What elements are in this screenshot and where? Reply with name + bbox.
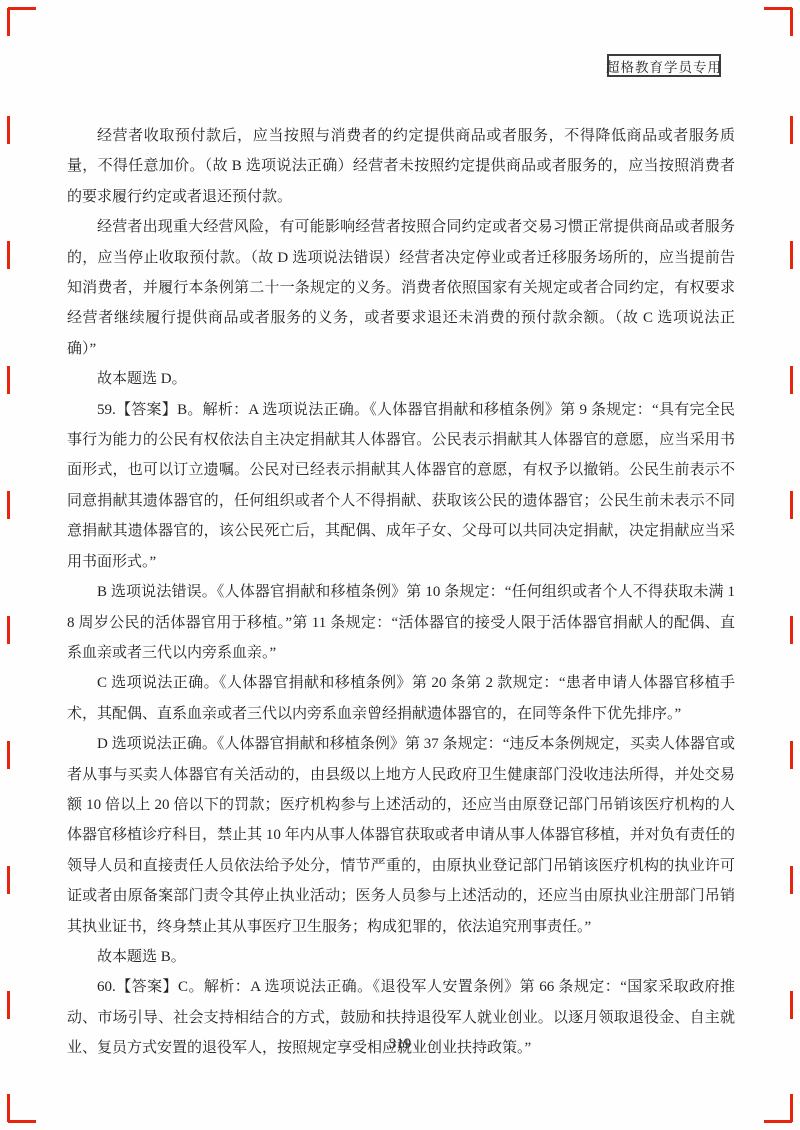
crop-mark <box>764 1120 792 1123</box>
student-badge-box: 超格教育学员专用 <box>607 54 721 77</box>
crop-mark <box>790 8 793 36</box>
crop-mark <box>790 1094 793 1122</box>
paragraph: D 选项说法正确。《人体器官捐献和移植条例》第 37 条规定：“违反本条例规定，… <box>67 729 735 942</box>
paragraph: C 选项说法正确。《人体器官捐献和移植条例》第 20 条第 2 款规定：“患者申… <box>67 668 735 729</box>
crop-mark <box>7 491 10 519</box>
crop-mark <box>790 366 793 394</box>
crop-mark <box>7 366 10 394</box>
crop-mark <box>7 1094 10 1122</box>
paragraph: 故本题选 D。 <box>67 364 735 394</box>
crop-mark <box>7 991 10 1019</box>
paragraph: B 选项说法错误。《人体器官捐献和移植条例》第 10 条规定：“任何组织或者个人… <box>67 577 735 668</box>
crop-mark <box>7 866 10 894</box>
paragraph: 故本题选 B。 <box>67 942 735 972</box>
page-number: 319 <box>0 1036 800 1053</box>
crop-mark <box>764 7 792 10</box>
crop-mark <box>7 8 10 36</box>
student-badge-label: 超格教育学员专用 <box>606 56 722 76</box>
crop-mark <box>8 7 36 10</box>
crop-mark <box>790 241 793 269</box>
crop-mark <box>790 741 793 769</box>
crop-mark <box>7 116 10 144</box>
crop-mark <box>7 741 10 769</box>
scanned-document-page: 超格教育学员专用 经营者收取预付款后，应当按照与消费者的约定提供商品或者服务，不… <box>0 0 800 1130</box>
crop-mark <box>790 866 793 894</box>
crop-mark <box>790 616 793 644</box>
paragraph: 59.【答案】B。解析：A 选项说法正确。《人体器官捐献和移植条例》第 9 条规… <box>67 395 735 577</box>
paragraph: 经营者出现重大经营风险，有可能影响经营者按照合同约定或者交易习惯正常提供商品或者… <box>67 212 735 364</box>
crop-mark <box>7 241 10 269</box>
crop-mark <box>790 116 793 144</box>
document-body: 经营者收取预付款后，应当按照与消费者的约定提供商品或者服务，不得降低商品或者服务… <box>67 121 735 1064</box>
crop-mark <box>8 1120 36 1123</box>
crop-mark <box>790 991 793 1019</box>
crop-mark <box>7 616 10 644</box>
paragraph: 经营者收取预付款后，应当按照与消费者的约定提供商品或者服务，不得降低商品或者服务… <box>67 121 735 212</box>
crop-mark <box>790 491 793 519</box>
